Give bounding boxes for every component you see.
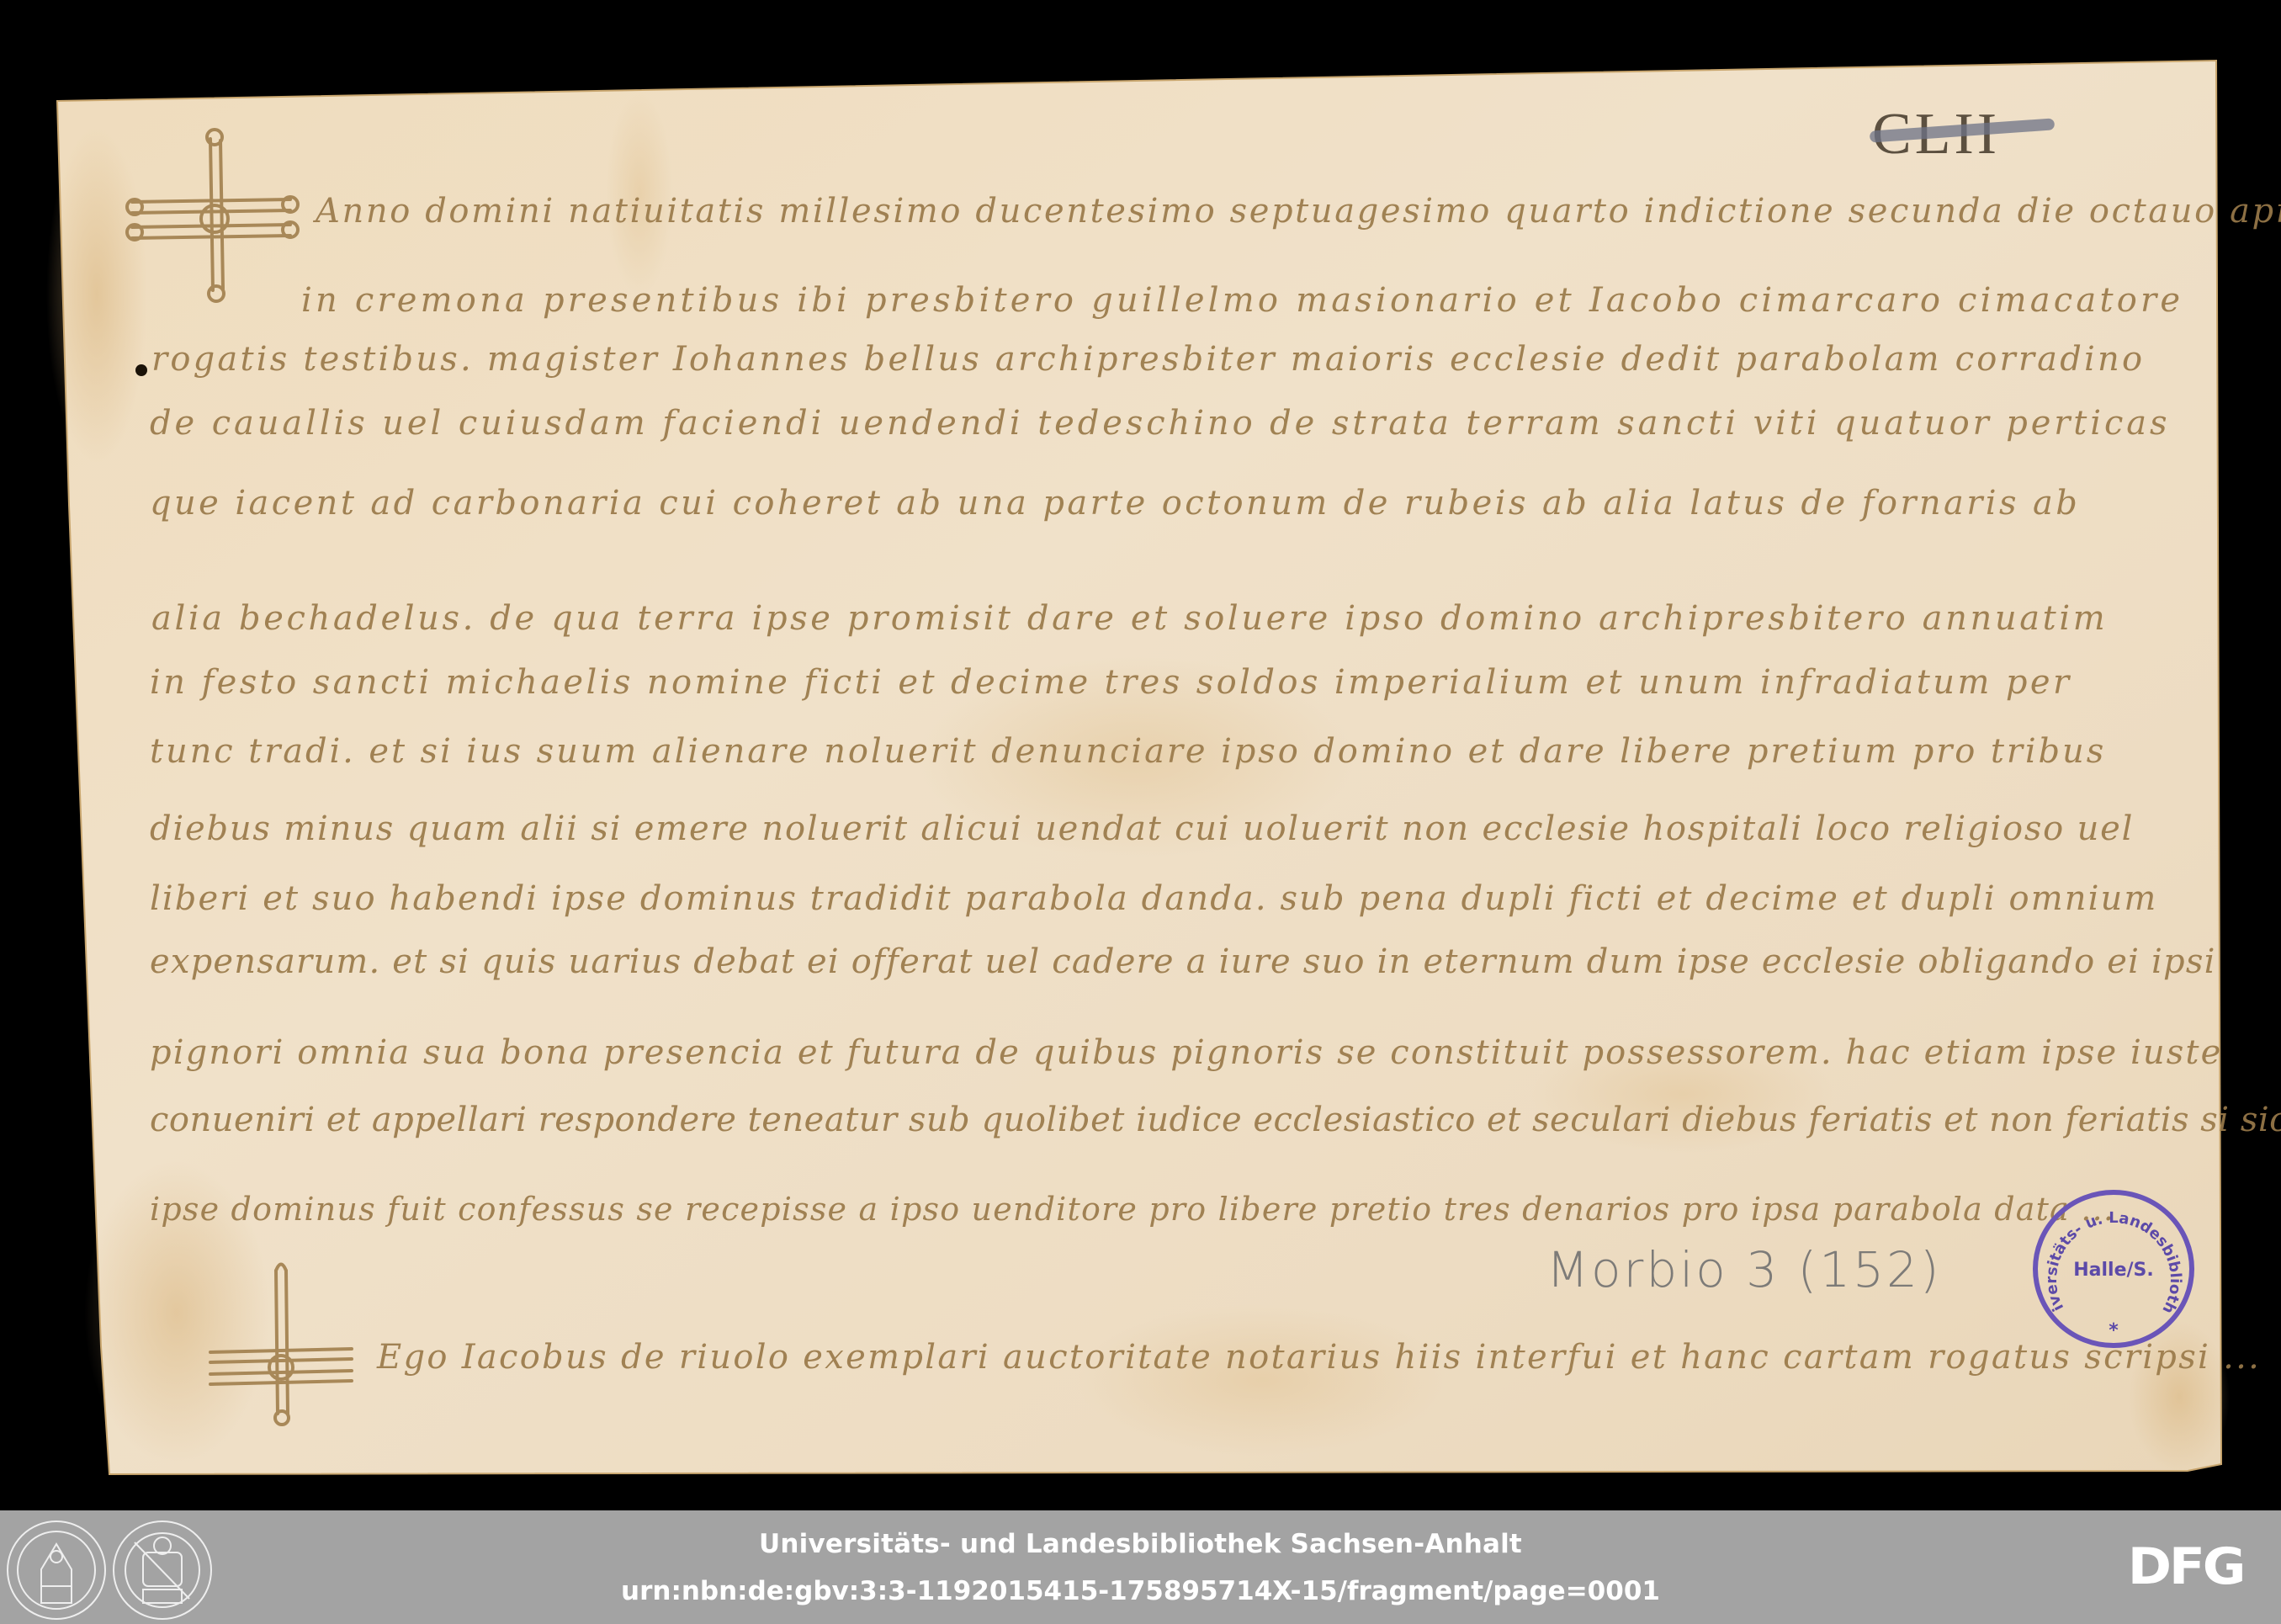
script-line-5: que iacent ad carbonaria cui coheret ab … — [150, 484, 2080, 523]
dfg-logo: DFG — [2128, 1537, 2244, 1596]
urn-identifier[interactable]: urn:nbn:de:gbv:3:3-1192015415-175895714X… — [0, 1576, 2281, 1606]
pencil-annotation: Morbio 3 (152) — [1546, 1241, 1942, 1298]
script-line-2: in cremona presentibus ibi presbitero gu… — [301, 281, 2183, 320]
script-line-3: rogatis testibus. magister Iohannes bell… — [151, 340, 2145, 379]
institution-name: Universitäts- und Landesbibliothek Sachs… — [0, 1529, 2281, 1559]
svg-text:*: * — [2109, 1320, 2119, 1341]
svg-text:Halle/S.: Halle/S. — [2073, 1260, 2154, 1281]
script-line-11: expensarum. et si quis uarius debat ei o… — [150, 942, 2216, 981]
script-line-14: ipse dominus fuit confessus se recepisse… — [150, 1191, 2114, 1228]
script-line-10: liberi et suo habendi ipse dominus tradi… — [150, 879, 2157, 918]
document-viewer: CLII Anno domini natiuitatis millesimo d… — [0, 0, 2281, 1510]
script-line-8: tunc tradi. et si ius suum alienare nolu… — [150, 732, 2106, 771]
notary-signum-top-icon — [122, 122, 307, 310]
library-stamp-icon: Universitäts- u. Landesbibliothek Halle/… — [2029, 1185, 2198, 1353]
script-line-9: diebus minus quam alii si emere noluerit… — [150, 809, 2134, 848]
script-line-13: conueniri et appellari respondere teneat… — [150, 1101, 2281, 1139]
script-line-6: alia bechadelus. de qua terra ipse promi… — [151, 599, 2108, 638]
notary-signum-bottom-icon — [202, 1258, 370, 1430]
script-line-12: pignori omnia sua bona presencia et futu… — [150, 1033, 2222, 1072]
script-line-7: in festo sancti michaelis nomine ficti e… — [150, 663, 2072, 702]
script-line-1: Anno domini natiuitatis millesimo ducent… — [316, 192, 2281, 231]
svg-text:Universitäts- u. Landesbibliot: Universitäts- u. Landesbibliothek — [2029, 1185, 2184, 1317]
script-line-15-subscription: Ego Iacobus de riuolo exemplari auctorit… — [377, 1338, 2261, 1377]
digitization-footer: Universitäts- und Landesbibliothek Sachs… — [0, 1510, 2281, 1624]
script-line-4: de cauallis uel cuiusdam faciendi uenden… — [150, 404, 2170, 443]
